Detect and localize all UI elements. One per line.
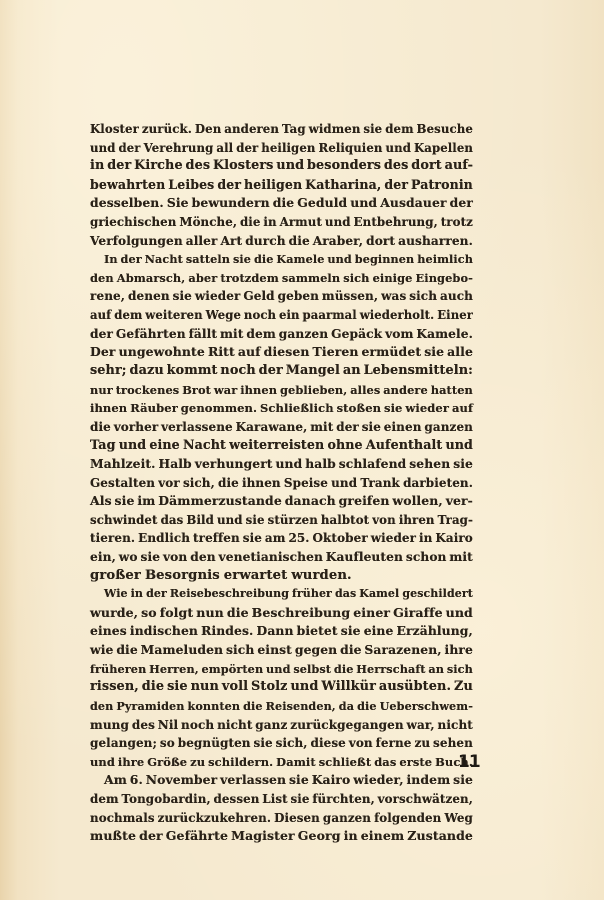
text-line: Mahlzeit.Halbverhungertundhalbschlafends… — [90, 455, 473, 474]
text-line: VerfolgungenallerArtdurchdieAraber,dorta… — [90, 232, 473, 251]
text-line: wiedieMameludensicheinstgegendieSarazene… — [90, 641, 473, 660]
text-line: nurtrockenesBrotwarihnengeblieben,allesa… — [90, 381, 473, 400]
text-line: demTongobardin,dessenListsiefürchten,vor… — [90, 790, 473, 809]
text-line: ihnenRäubergenommen.Schließlichstoßensie… — [90, 399, 473, 418]
text-line: WieinderReisebeschreibungfrüherdasKamelg… — [90, 585, 473, 604]
text-line: ein,wosievondenvenetianischenKaufleutens… — [90, 548, 473, 567]
text-line: rissen,diesienunvollStolzundWillkürausüb… — [90, 678, 473, 697]
paragraph: WieinderReisebeschreibungfrüherdasKamelg… — [90, 585, 473, 771]
book-page: Klosterzurück.DenanderenTagwidmensiedemB… — [0, 0, 604, 900]
text-line: einesindischenRindes.DannbietetsieeineEr… — [90, 622, 473, 641]
text-line: großerBesorgniserwartetwurden. — [90, 567, 473, 586]
text-line: bewahrtenLeibesderheiligenKatharina,derP… — [90, 176, 473, 195]
text-line: aufdemweiterenWegenocheinpaarmalwiederho… — [90, 306, 473, 325]
text-line: InderNachtsattelnsiedieKameleundbeginnen… — [90, 250, 473, 269]
text-line: TagundeineNachtweiterreistenohneAufentha… — [90, 436, 473, 455]
text-line: denAbmarsch,abertrotzdemsammelnsicheinig… — [90, 269, 473, 288]
text-line: mungdesNilnochnichtganzzurückgegangenwar… — [90, 716, 473, 735]
text-line: sehr;dazukommtnochderMangelanLebensmitte… — [90, 362, 473, 381]
text-line: rene,denensiewiederGeldgebenmüssen,wassi… — [90, 287, 473, 306]
text-line: inderKirchedesKlostersundbesondersdesdor… — [90, 157, 473, 176]
paragraph: Klosterzurück.DenanderenTagwidmensiedemB… — [90, 120, 473, 250]
body-text: Klosterzurück.DenanderenTagwidmensiedemB… — [90, 120, 473, 846]
text-line: undihreGrößezuschildern.Damitschließtdas… — [90, 753, 473, 772]
text-line: wurde,sofolgtnundieBeschreibungeinerGira… — [90, 604, 473, 623]
text-line: Am6.NovemberverlassensieKairowieder,inde… — [90, 771, 473, 790]
text-line: nochmalszurückzukehren.Diesenganzenfolge… — [90, 809, 473, 828]
text-line: Klosterzurück.DenanderenTagwidmensiedemB… — [90, 120, 473, 139]
text-line: gelangen;sobegnügtensiesich,diesevonfern… — [90, 734, 473, 753]
text-line: schwindetdasBildundsiestürzenhalbtotvoni… — [90, 511, 473, 530]
text-line: desselben.SiebewunderndieGeduldundAusdau… — [90, 194, 473, 213]
text-line: griechischenMönche,dieinArmutundEntbehru… — [90, 213, 473, 232]
text-line: Gestaltenvorsich,dieihnenSpeiseundTrankd… — [90, 474, 473, 493]
text-line: tieren.Endlichtreffensieam25.Oktoberwied… — [90, 529, 473, 548]
text-line: undderVerehrungallderheiligenReliquienun… — [90, 139, 473, 158]
paragraph: Am6.NovemberverlassensieKairowieder,inde… — [90, 771, 473, 845]
paragraph: InderNachtsattelnsiedieKameleundbeginnen… — [90, 250, 473, 585]
text-line: dievorherverlasseneKarawane,mitdersieein… — [90, 418, 473, 437]
text-line: mußtederGefährteMagisterGeorgineinemZust… — [90, 827, 473, 846]
text-line: DerungewohnteRittaufdiesenTierenermüdets… — [90, 343, 473, 362]
text-line: derGefährtenfälltmitdemganzenGepäckvomKa… — [90, 325, 473, 344]
page-number: 11 — [458, 752, 480, 772]
text-line: früherenHerren,empörtenundselbstdieHerrs… — [90, 660, 473, 679]
text-line: denPyramidenkonntendieReisenden,dadieUeb… — [90, 697, 473, 716]
text-line: AlssieimDämmerzustandedanachgreifenwolle… — [90, 492, 473, 511]
